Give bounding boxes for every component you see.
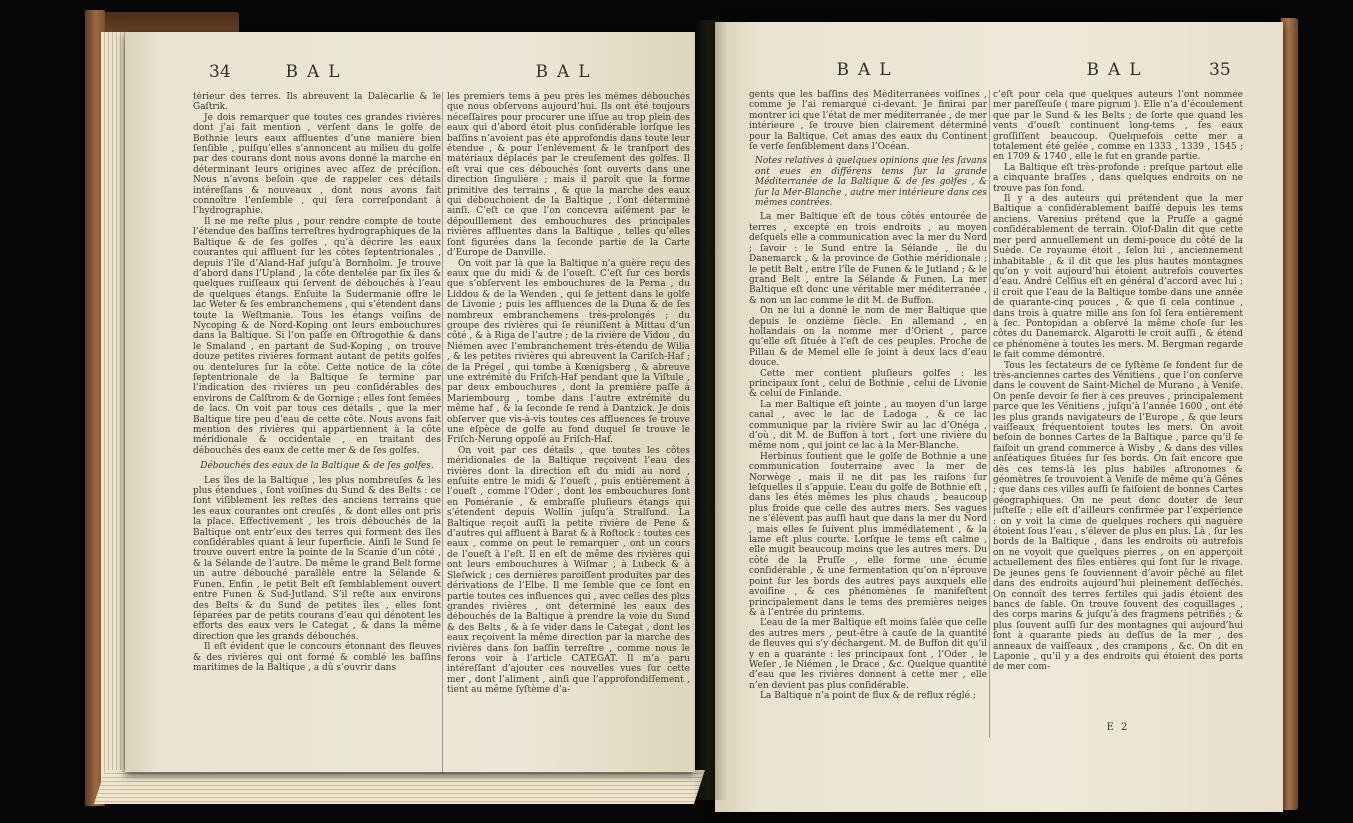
paragraph: Cette mer contient pluſieurs golfes : le… [749, 369, 987, 400]
paragraph: Notes relatives à quelques opinions que … [755, 156, 987, 208]
left-page: 34 BAL BAL térieur des terres. Ils abreu… [125, 32, 695, 772]
column-rule-left-page [442, 92, 443, 774]
column-4: c’eſt pour cela que quelques auteurs l’o… [993, 90, 1243, 728]
right-page: BAL BAL 35 gents que les baſſins des Méd… [715, 22, 1283, 812]
running-head-left-col1: BAL [193, 62, 441, 82]
paragraph: La Baltique n’a point de flux & de reflu… [749, 691, 987, 701]
paragraph: gents que les baſſins des Méditerranées … [749, 90, 987, 152]
paragraph: La mer Baltique eſt de tous côtés entour… [749, 212, 987, 306]
paragraph: On ne lui a donné le nom de mer Baltique… [749, 306, 987, 368]
paragraph: Débouchés des eaux de la Baltique & de ſ… [193, 461, 441, 471]
book-cover-right [1281, 18, 1298, 810]
paragraph: Il ne me reſte plus , pour rendre compte… [193, 217, 441, 456]
column-rule-right-page [989, 90, 990, 738]
gutter-shadow [693, 20, 727, 800]
column-1: térieur des terres. Ils abreuvent la Dal… [193, 92, 441, 780]
paragraph: les premiers tems à peu près les mêmes d… [447, 92, 690, 259]
paragraph: Herbinus ſoutient que le golfe de Bothni… [749, 452, 987, 619]
paragraph: c’eſt pour cela que quelques auteurs l’o… [993, 90, 1243, 163]
open-book: 34 BAL BAL térieur des terres. Ils abreu… [85, 10, 1301, 810]
paragraph: On voit par là que la Baltique n’a guère… [447, 259, 690, 446]
paragraph: Les îles de la Baltique , les plus nombr… [193, 476, 441, 643]
gathering-signature: E 2 [993, 722, 1243, 733]
paragraph: L’eau de la mer Baltique eſt moins ſalée… [749, 618, 987, 691]
paragraph: Tous les ſectateurs de ce ſyſtème ſe fon… [993, 361, 1243, 673]
page-number-right: 35 [1209, 60, 1231, 80]
running-head-right-col1: BAL [749, 60, 987, 80]
paragraph: Je dois remarquer que toutes ces grandes… [193, 113, 441, 217]
book-scan-photo: 34 BAL BAL térieur des terres. Ils abreu… [0, 0, 1353, 823]
paragraph: La Baltique eſt très-profonde : preſque … [993, 163, 1243, 194]
paragraph: La mer Baltique eſt jointe , au moyen d’… [749, 400, 987, 452]
paragraph: Il eſt évident que le concours étonnant … [193, 642, 441, 673]
column-2: les premiers tems à peu près les mêmes d… [447, 92, 690, 780]
paragraph: térieur des terres. Ils abreuvent la Dal… [193, 92, 441, 113]
column-3: gents que les baſſins des Méditerranées … [749, 90, 987, 740]
running-head-left-col2: BAL [444, 62, 690, 82]
paragraph: On voit par ces détails , que toutes les… [447, 446, 690, 696]
paragraph: Il y a des auteurs qui prétendent que la… [993, 194, 1243, 361]
running-head-right-col2: BAL [993, 60, 1243, 80]
